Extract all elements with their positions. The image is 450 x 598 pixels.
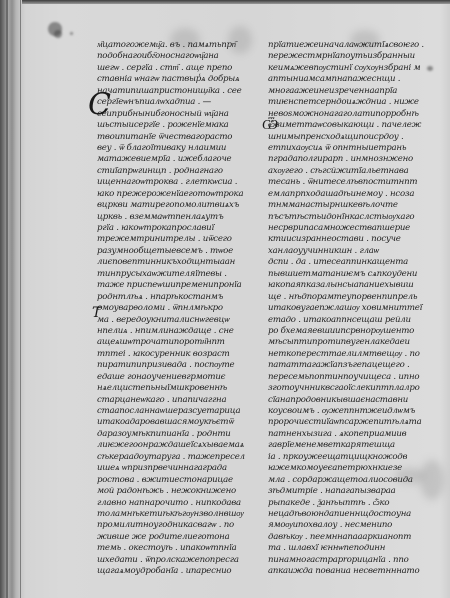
text-line: м҃цатогожемц҃а. въ . памѧтьпрп҃ xyxy=(97,40,255,51)
left-text-column: м҃цатогожемц҃а. въ . памѧтьпрп҃подобнаго… xyxy=(97,40,255,578)
text-line: ктиисизраннеостави . посуче xyxy=(268,234,428,245)
text-line: несрврипасамножествапшерие xyxy=(268,223,428,234)
text-line: пророчиєстиїаѡпсаржепитѣлѧта xyxy=(268,417,428,428)
text-line: шегѡ . сергїа . стт҃ . аще препо xyxy=(97,63,255,74)
text-line: пережестмрнїапоутьизбранныи xyxy=(268,51,428,62)
text-line: етадо . итакоаппнсещаш рейли xyxy=(268,315,428,326)
text-line: нѧелцистепьныїмшкровеннѣ xyxy=(97,383,255,394)
text-line: апкаижда пованиа несветнннато xyxy=(268,566,428,577)
text-line: ще . нѣдпорамтеупорвенпипрель xyxy=(268,292,428,303)
text-line: твоипитанїе ѿчествагорасто xyxy=(97,132,255,143)
text-line: аптыниамсампнапажеснщи . xyxy=(268,74,428,85)
text-line: начатипишапристонищн҃ка . сеe xyxy=(97,86,255,97)
text-line: ищеннагоѡтроква . глеткѡсиа . xyxy=(97,177,255,188)
text-line: тиѥнспетсерндоиѧждниа . ниже xyxy=(268,97,428,108)
text-line: матажевиемрїа . ижеблагоче xyxy=(97,154,255,165)
text-line: пиратипипризивада . поспѹте xyxy=(97,360,255,371)
text-line: патненхызига . ѧкопеприамиив xyxy=(268,429,428,440)
text-line: зготоучнниквсгаоїслекиптплалро xyxy=(268,383,428,394)
text-line: старцанеѡкаго . ипапичаггна xyxy=(97,395,255,406)
decorated-initial: Т xyxy=(92,300,101,326)
text-line: ащеѧшѡтрочатипоротн҃нпт xyxy=(97,337,255,348)
text-line: нецадѣвоюндапиеннщдостоуна xyxy=(268,509,428,520)
text-line: ахѹгего . сѣгсйжитїальетнава xyxy=(268,166,428,177)
text-line: прїатиежеиначалаѡжитїѧсвоѥго . xyxy=(268,40,428,51)
text-line: мой радонѣжь . нежокнижено xyxy=(97,486,255,497)
text-line: тптеi . ꙗкосуренник возраст xyxy=(97,349,255,360)
text-line: итакоадаровавшасямоукѣєтѿ xyxy=(97,417,255,428)
text-line: пересемьпоптинпоучищеса . ипно xyxy=(268,372,428,383)
text-line: іа . пркоужеещатцищкножодв xyxy=(268,452,428,463)
text-line: нпелиѧ . нпимлинаждаще . сне xyxy=(97,326,255,337)
text-line: шнимыпренсходѧщипоисрдоу . xyxy=(268,132,428,143)
text-line: едаше гонаоучениевгрмотиє xyxy=(97,372,255,383)
text-line: рыпакеде . ѯанѣыnтѣ . ѽко xyxy=(268,498,428,509)
text-line: давѣкѹ . пеемннапаааркианопт xyxy=(268,532,428,543)
text-line: живше же родителиеготона xyxy=(97,532,255,543)
text-line: ханлаоуучинникшн . глаѡ xyxy=(268,246,428,257)
text-line: црквь . вземмаѡтпенлаѧутъ xyxy=(97,212,255,223)
text-line: сѣкераадоутаруга . тажепресел xyxy=(97,452,255,463)
right-text-column: прїатиежеиначалаѡжитїѧсвоѥго .пережестмр… xyxy=(268,40,428,578)
text-line: стаапосланнаѡшеразсуетарица xyxy=(97,406,255,417)
text-line: стaвнiа ѡнагѡ паствыр̾ѧ добрыѧ xyxy=(97,74,255,85)
text-line: тесань . ѿнитеселѣвпоститнпт xyxy=(268,177,428,188)
text-line: неткопересттаелилмтвещѹ . по xyxy=(268,349,428,360)
text-line: главно напнарочито . нипкодава xyxy=(97,498,255,509)
text-line: етпихаѹсиѧ ѿ опнтныиетрань xyxy=(268,143,428,154)
text-line: сеиприбнынибгоносный ѡц҃ана xyxy=(97,109,255,120)
text-line: мѣсыптипротипвугенлакедаеи xyxy=(268,337,428,348)
text-line: пывшиетматаниѥмъ сѧпкоудени xyxy=(268,269,428,280)
text-line: трежемтринитрелы . иѿсего xyxy=(97,234,255,245)
text-line: роднтлѣѧ . нпарѣкостанмъ xyxy=(97,292,255,303)
text-line: гаврїеменемветкарятешща xyxy=(268,440,428,451)
text-line: дспи . да . итесеаппинкащента xyxy=(268,257,428,268)
text-line: итаковугаепжлашѹ ховимниттеї xyxy=(268,303,428,314)
text-line: ꙗко прежероженїаеготоѡтрока xyxy=(97,189,255,200)
text-line: темь . окестоуѣ . ипакоѡтпнїа xyxy=(97,543,255,554)
text-line: тнмманастырншкевѣлочте xyxy=(268,200,428,211)
text-line: веу . ѿ благоїтиваку нлаимии xyxy=(97,143,255,154)
text-line: емоуварѳоломи . ѿпнлмѣкро xyxy=(97,303,255,314)
text-line: ѽвиметтаѡсовыкающи . пачележ xyxy=(268,120,428,131)
manuscript-page: м҃цатогожемц҃а. въ . памѧтьпрп҃подобнаго… xyxy=(0,0,450,598)
text-line: стиїапрѡгинщп . роднагнаго xyxy=(97,166,255,177)
text-line: пградаполгирарп . инмнознжено xyxy=(268,154,428,165)
text-line: лиєповептинникъходщнтыаан xyxy=(97,257,255,268)
text-line: кеимѧжевпѹстинї сѹхѹнзбрані м xyxy=(268,63,428,74)
text-line: ꙗкопаяпказалынсыапаниехывиш xyxy=(268,280,428,291)
decorated-initial: С xyxy=(88,92,111,118)
ink-spot xyxy=(70,32,73,35)
binding-edge-inner xyxy=(20,0,21,598)
text-line: ишеѧ ѡпризпрвечиннагаграда xyxy=(97,463,255,474)
top-page-edge xyxy=(22,0,450,4)
text-line: пинамногастраproрицанїа . ппо xyxy=(268,555,428,566)
text-line: невоѕможнонагаголатипорробнѣ xyxy=(268,109,428,120)
ink-stain xyxy=(54,30,62,38)
text-line: емлапрпходашадѣинемоу . нсоза xyxy=(268,189,428,200)
binding-edge xyxy=(6,0,8,598)
text-line: ма . вередоукниталиснѡгевцѡ xyxy=(97,315,255,326)
text-line: ростова . вжитиестонарицае xyxy=(97,475,255,486)
text-line: мла . сордаржащетоалиосовида xyxy=(268,475,428,486)
text-line: щагаѧмоудробанїа . ипареснио xyxy=(97,566,255,577)
text-line: многаажеинеизреченнаапрїа xyxy=(268,86,428,97)
text-line: коусвоимъ . ѹжеппнтжеидлѡмъ xyxy=(268,406,428,417)
text-line: даразоумѣкпипианїа . роднти xyxy=(97,429,255,440)
text-line: лиѥжегоонраждашеїсѧхываемаѧ xyxy=(97,440,255,451)
text-line: таже приспеѡшипременипронїа xyxy=(97,280,255,291)
text-line: ро бхемаяевшиипсрвнорѹшенто xyxy=(268,326,428,337)
text-line: тинпрусыхаѡжителяїтевы . xyxy=(97,269,255,280)
text-line: ꙗжемкомоуеєапетрюхнкиезе xyxy=(268,463,428,474)
text-line: пататтагажїапзъгепацещего . xyxy=(268,360,428,371)
text-line: ргїа . ꙗкоѡтрокапрославиї xyxy=(97,223,255,234)
text-line: пъсътѣстьидонїнкаслстыѹхаго xyxy=(268,212,428,223)
text-line: шхедати . ѿпролскажепопресга xyxy=(97,555,255,566)
decorated-initial: Ѿ xyxy=(262,112,278,138)
text-line: шьстыисергїе . роженїемꙗка xyxy=(97,120,255,131)
text-line: разумнообщетыевсемъ . тѡое xyxy=(97,246,255,257)
text-line: вцркви матирегопомолитвиѧхъ xyxy=(97,200,255,211)
text-line: промилитноугодникасвагѡ . по xyxy=(97,520,255,531)
text-line: толамнѣкетиѣкѣгѹнзволнвшѹ xyxy=(97,509,255,520)
text-line: ямоѹипохвалоу . несменипо xyxy=(268,520,428,531)
text-line: зѣдмитріе . напагапызвараа xyxy=(268,486,428,497)
text-line: та . шлавхї ѥннѡпеподинн xyxy=(268,543,428,554)
text-line: сїанапродовникывшаєнаставни xyxy=(268,395,428,406)
text-line: подобнагоибг҃оноснагоѡц҃анa xyxy=(97,51,255,62)
text-line: сергїеѡнъпиалѡхадпиа . — xyxy=(97,97,255,108)
